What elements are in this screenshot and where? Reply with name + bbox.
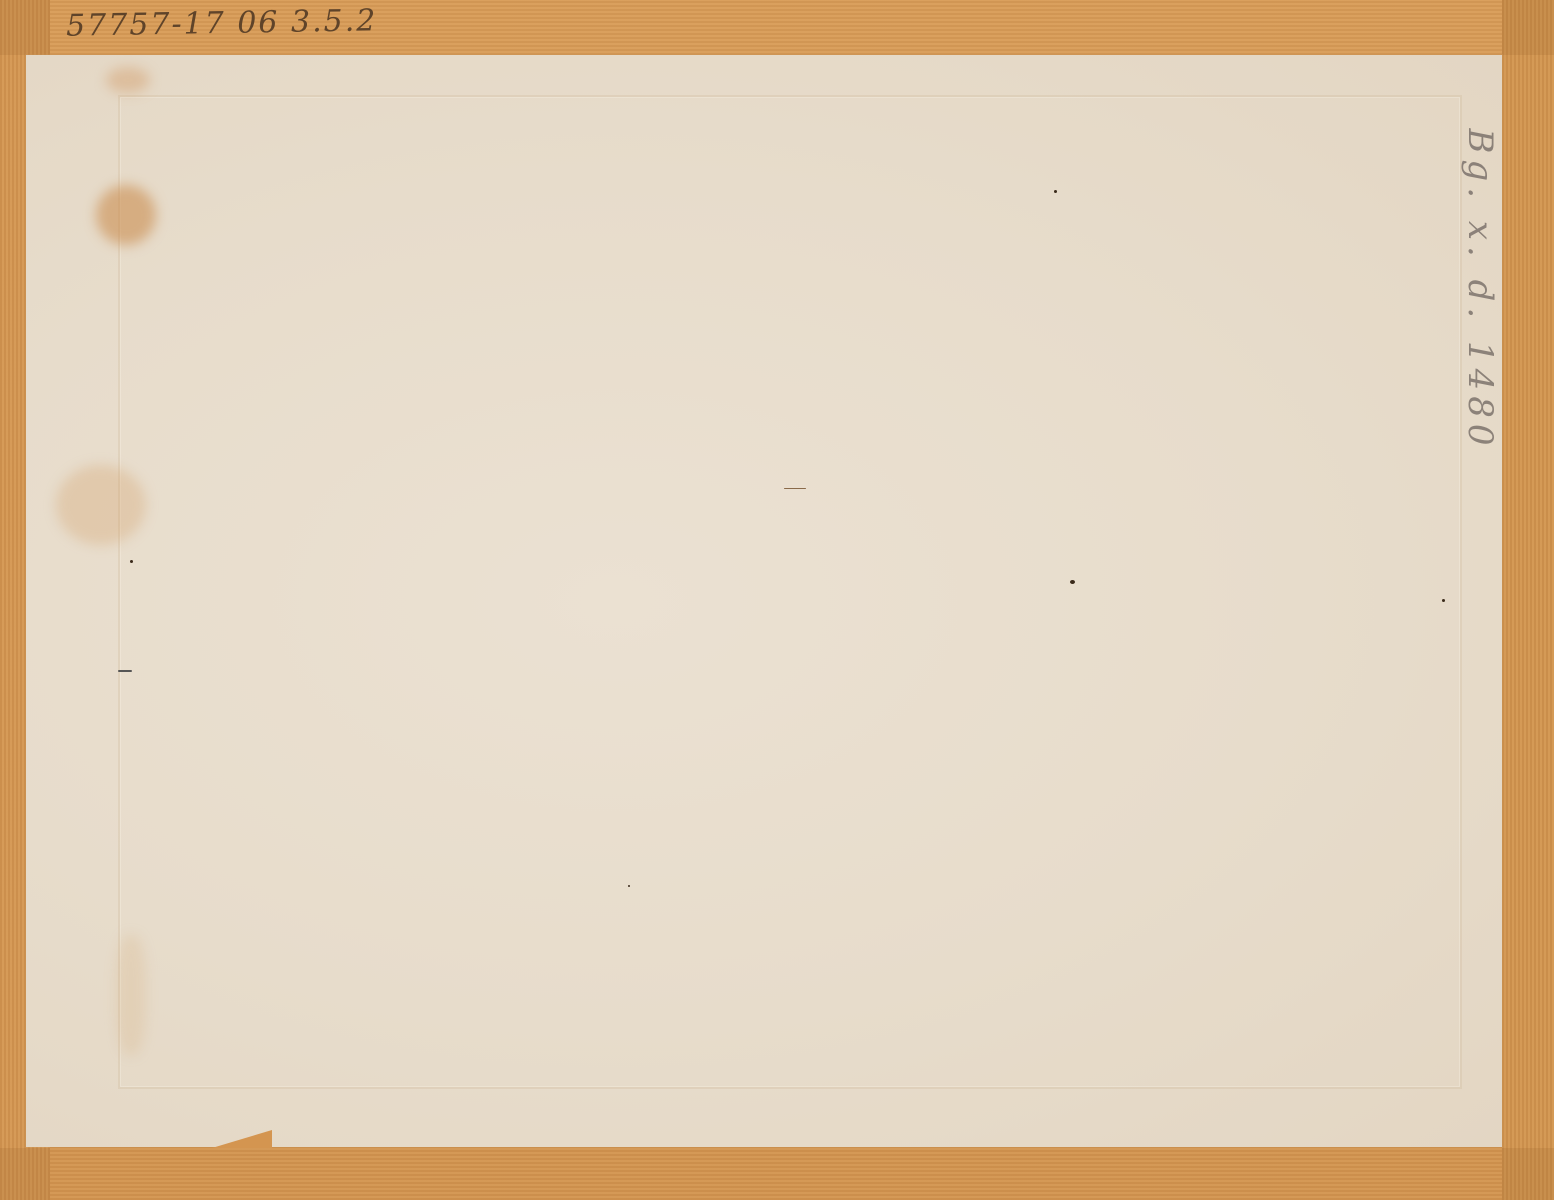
speck <box>628 885 630 887</box>
tape-tear <box>212 1130 272 1148</box>
foxing-stain <box>116 935 146 1055</box>
foxing-stain <box>106 67 150 93</box>
speck <box>130 560 133 563</box>
speck <box>1054 190 1057 193</box>
paper-sheet <box>26 55 1502 1147</box>
pencil-mark <box>784 488 806 489</box>
tape-corner-top-right <box>1502 0 1554 55</box>
foxing-stain <box>56 465 146 545</box>
tape-corner-bottom-right <box>1502 1148 1554 1200</box>
pencil-mark <box>118 670 132 672</box>
plate-mark <box>118 95 1462 1089</box>
tape-corner-top-left <box>0 0 50 55</box>
tape-corner-bottom-left <box>0 1148 50 1200</box>
tape-right <box>1502 0 1554 1200</box>
speck <box>1442 599 1445 602</box>
tape-bottom <box>0 1148 1554 1200</box>
pencil-note: Bg. x. d. 1480 <box>1460 128 1500 451</box>
foxing-stain <box>96 185 156 245</box>
inventory-number: 57757-17 06 3.5.2 <box>66 3 378 43</box>
speck <box>1070 580 1075 584</box>
